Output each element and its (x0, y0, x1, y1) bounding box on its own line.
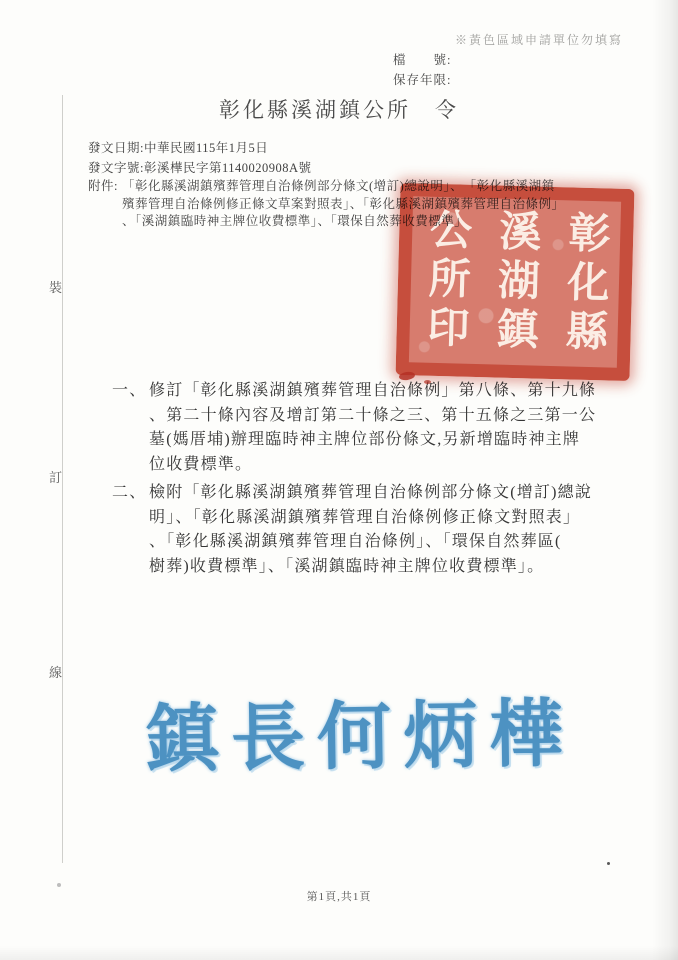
paragraph-2-text: 檢附「彰化縣溪湖鎮殯葬管理自治條例部分條文(增訂)總說 明」、「彰化縣溪湖鎮殯葬… (149, 481, 592, 579)
seal-text: 彰化縣 溪湖鎮 公所印 (409, 196, 621, 367)
scan-speck (607, 862, 610, 865)
attachment-label: 附件: (88, 178, 122, 231)
yellow-area-note: ※黃色區域申請單位勿填寫 (455, 31, 623, 48)
paragraph-1-number: 一、 (112, 379, 149, 477)
document-body: 一、 修訂「彰化縣溪湖鎮殯葬管理自治條例」第八條、第十九條 、第二十條內容及增訂… (112, 379, 604, 583)
binding-mark-zhuang: 裝 (49, 277, 62, 296)
seal-column-3: 公所印 (423, 206, 469, 354)
binding-mark-xian: 線 (49, 662, 62, 681)
seal-column-2: 溪湖鎮 (492, 208, 538, 356)
document-title: 彰化縣溪湖鎮公所 令 (0, 94, 678, 124)
paragraph-2-number: 二、 (112, 481, 149, 579)
file-number-label: 檔 號: (393, 50, 451, 68)
issue-date-line: 發文日期:中華民國115年1月5日 (88, 138, 628, 158)
paragraph-2: 二、 檢附「彰化縣溪湖鎮殯葬管理自治條例部分條文(增訂)總說 明」、「彰化縣溪湖… (112, 481, 604, 579)
binding-line (62, 95, 63, 863)
scan-speck-faint (57, 883, 61, 887)
scan-edge-bottom (0, 946, 678, 960)
page-footer: 第1頁,共1頁 (0, 888, 678, 904)
seal-smudge-small (424, 380, 431, 384)
seal-column-1: 彰化縣 (561, 210, 607, 358)
mayor-signature-stamp: 鎮長何炳樺 (144, 691, 565, 786)
paragraph-1-text: 修訂「彰化縣溪湖鎮殯葬管理自治條例」第八條、第十九條 、第二十條內容及增訂第二十… (149, 379, 596, 477)
doc-number-line: 發文字號:彰溪樺民字第1140020908A號 (88, 158, 628, 178)
retention-period-label: 保存年限: (393, 70, 451, 88)
scan-edge-right (652, 0, 678, 960)
paragraph-1: 一、 修訂「彰化縣溪湖鎮殯葬管理自治條例」第八條、第十九條 、第二十條內容及增訂… (112, 379, 604, 477)
official-red-seal: 彰化縣 溪湖鎮 公所印 (396, 183, 635, 381)
binding-mark-ding: 訂 (49, 467, 62, 486)
document-page: ※黃色區域申請單位勿填寫 檔 號: 保存年限: 彰化縣溪湖鎮公所 令 發文日期:… (0, 0, 678, 960)
